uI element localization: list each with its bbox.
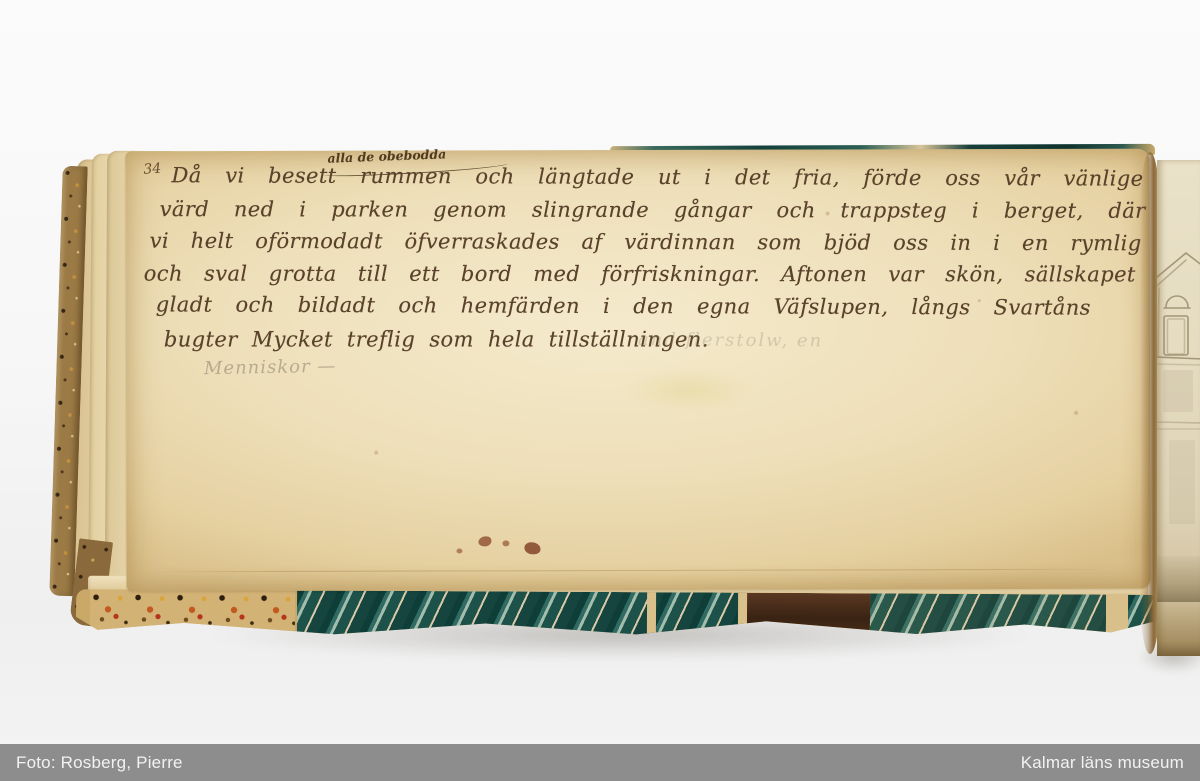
foxing-spot <box>374 451 378 455</box>
page-fold-line <box>147 569 1120 573</box>
notebook-photo: 34 alla de obebodda Då vi besett rummen … <box>0 0 1200 781</box>
faded-pencil-note: Menniskor — <box>204 356 337 380</box>
foxing-spot <box>628 270 631 273</box>
photo-credit-label: Foto: Rosberg, Pierre <box>16 753 183 773</box>
page-dirt-band <box>1157 556 1200 602</box>
ink-stain <box>524 542 540 554</box>
museum-name-label: Kalmar läns museum <box>1021 753 1184 773</box>
foxing-spot <box>978 299 981 302</box>
page-stain <box>624 368 754 412</box>
ink-stain <box>478 536 491 546</box>
manuscript-page: 34 alla de obebodda Då vi besett rummen … <box>125 149 1150 592</box>
manuscript-line: värd ned i parken genom slingrande gånga… <box>160 197 1146 223</box>
manuscript-line: Då vi besett rummen och längtade ut i de… <box>171 163 1143 190</box>
caption-bar: Foto: Rosberg, Pierre Kalmar läns museum <box>0 744 1200 781</box>
page-number: 34 <box>143 161 162 178</box>
ink-stain <box>502 540 509 546</box>
faded-pencil-note-2: and flerstolw, en <box>638 329 823 351</box>
cover-tear-gap <box>647 592 656 638</box>
foxing-spot <box>1074 411 1078 415</box>
ink-stain <box>456 548 462 553</box>
manuscript-line: gladt och bildadt och hemfärden i den eg… <box>156 292 1091 319</box>
manuscript-line: vi helt oförmodadt öfverraskades af värd… <box>150 229 1142 256</box>
manuscript-line: och sval grotta till ett bord med förfri… <box>144 262 1136 287</box>
foxing-spot <box>826 211 830 215</box>
next-page-strip <box>1157 160 1200 656</box>
